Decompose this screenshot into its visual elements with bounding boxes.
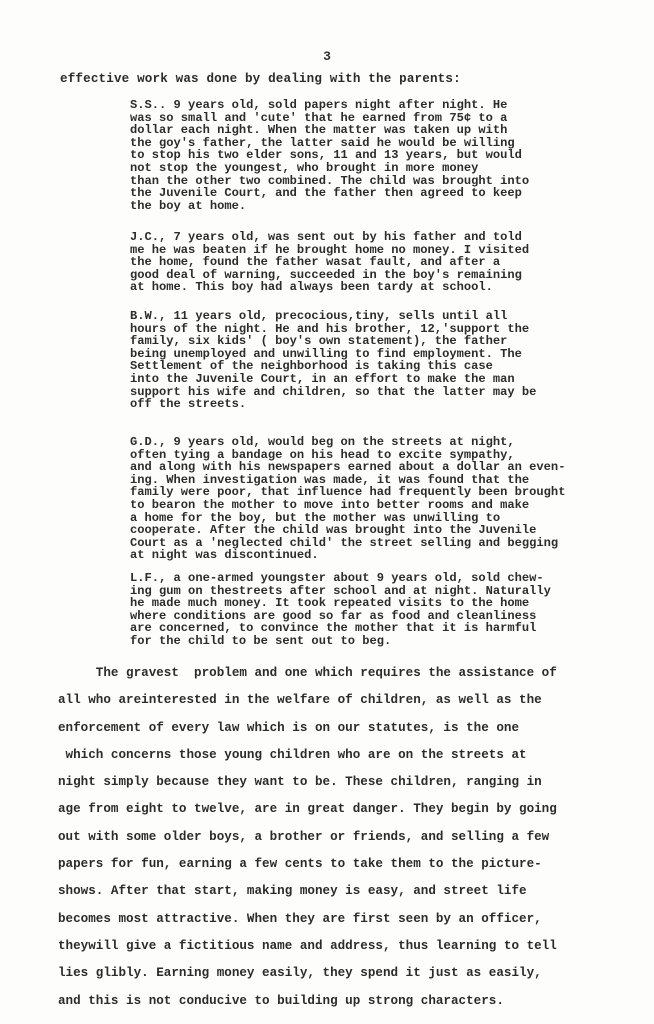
case-line: he made much money. It took repeated vis… [130, 597, 570, 610]
case-line: and along with his newspapers earned abo… [130, 461, 570, 474]
case-line: for the child to be sent out to beg. [130, 635, 570, 648]
closing-line: The gravest problem and one which requir… [58, 660, 618, 687]
page-number: 3 [0, 49, 654, 64]
case-line: B.W., 11 years old, precocious,tiny, sel… [130, 310, 570, 323]
case-line: into the Juvenile Court, in an effort to… [130, 373, 570, 386]
closing-line: and this is not conducive to building up… [58, 988, 618, 1015]
closing-line: theywill give a fictitious name and addr… [58, 933, 618, 960]
closing-line: lies glibly. Earning money easily, they … [58, 960, 618, 987]
closing-line: all who areinterested in the welfare of … [58, 687, 618, 714]
case-line: not stop the youngest, who brought in mo… [130, 162, 570, 175]
case-line: the boy at home. [130, 200, 570, 213]
case-line: to bearon the mother to move into better… [130, 499, 570, 512]
case-line: family, six kids' ( boy's own statement)… [130, 335, 570, 348]
case-line: J.C., 7 years old, was sent out by his f… [130, 231, 570, 244]
case-line: at night was discontinued. [130, 549, 570, 562]
case-study-jc: J.C., 7 years old, was sent out by his f… [130, 231, 570, 294]
intro-line: effective work was done by dealing with … [60, 72, 461, 86]
closing-line: shows. After that start, making money is… [58, 878, 618, 905]
closing-line: papers for fun, earning a few cents to t… [58, 851, 618, 878]
case-line: L.F., a one-armed youngster about 9 year… [130, 572, 570, 585]
case-study-gd: G.D., 9 years old, would beg on the stre… [130, 436, 570, 562]
case-line: the home, found the father wasat fault, … [130, 256, 570, 269]
closing-line: becomes most attractive. When they are f… [58, 906, 618, 933]
case-line: off the streets. [130, 398, 570, 411]
closing-line: out with some older boys, a brother or f… [58, 824, 618, 851]
case-line: the Juvenile Court, and the father then … [130, 187, 570, 200]
case-line: S.S.. 9 years old, sold papers night aft… [130, 99, 570, 112]
case-study-ss: S.S.. 9 years old, sold papers night aft… [130, 99, 570, 212]
typewritten-page: 3 effective work was done by dealing wit… [0, 0, 654, 1024]
case-line: G.D., 9 years old, would beg on the stre… [130, 436, 570, 449]
closing-line: night simply because they want to be. Th… [58, 769, 618, 796]
closing-paragraph: The gravest problem and one which requir… [58, 660, 618, 1015]
case-line: dollar each night. When the matter was t… [130, 124, 570, 137]
closing-line: enforcement of every law which is on our… [58, 715, 618, 742]
case-study-bw: B.W., 11 years old, precocious,tiny, sel… [130, 310, 570, 411]
closing-line: which concerns those young children who … [58, 742, 618, 769]
case-line: cooperate. After the child was brought i… [130, 524, 570, 537]
closing-line: age from eight to twelve, are in great d… [58, 796, 618, 823]
case-line: at home. This boy had always been tardy … [130, 281, 570, 294]
case-study-lf: L.F., a one-armed youngster about 9 year… [130, 572, 570, 648]
